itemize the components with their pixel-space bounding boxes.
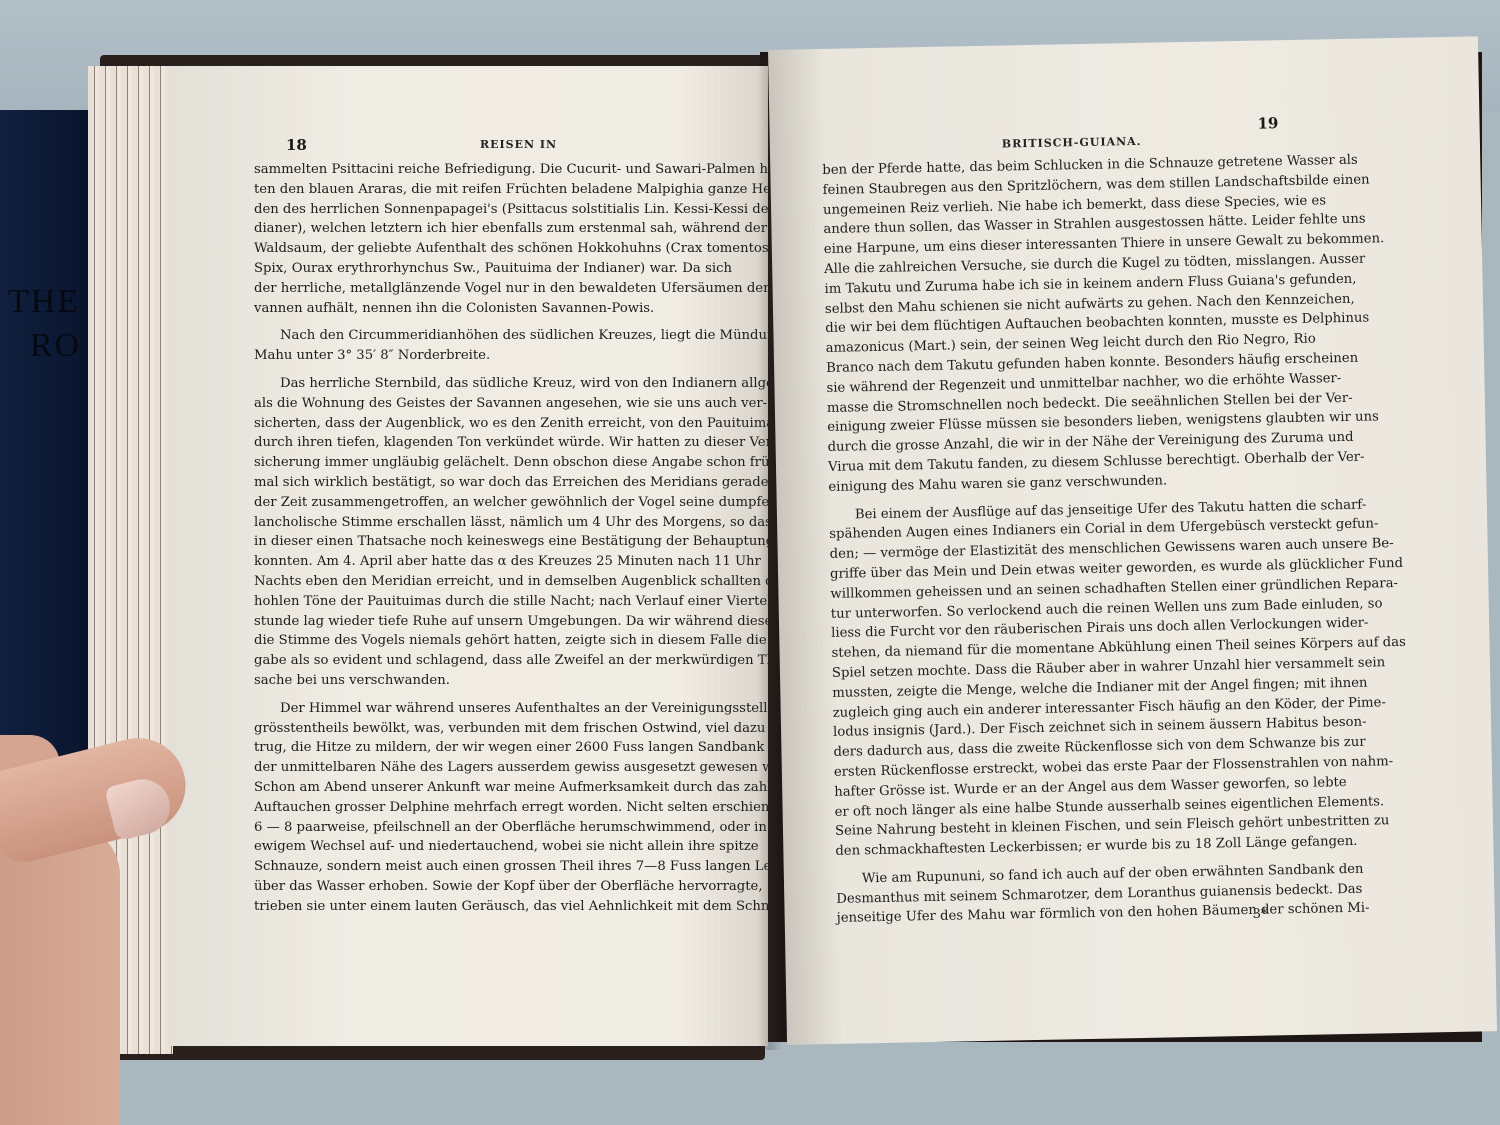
text-line: grösstentheils bewölkt, was, verbunden m…	[254, 719, 732, 739]
blue-book-title-line-2: RO	[8, 324, 81, 368]
text-line: in dieser einen Thatsache noch keinesweg…	[254, 532, 732, 552]
text-line: Das herrliche Sternbild, das südliche Kr…	[254, 374, 732, 394]
paragraph: sammelten Psittacini reiche Befriedigung…	[254, 160, 732, 318]
text-line: Schon am Abend unserer Ankunft war meine…	[254, 778, 732, 798]
text-line: mal sich wirklich bestätigt, so war doch…	[254, 473, 732, 493]
right-page-text: ben der Pferde hatte, das beim Schlucken…	[822, 152, 1299, 937]
hand-holding-book	[0, 735, 195, 1125]
left-page-text: sammelten Psittacini reiche Befriedigung…	[254, 160, 732, 924]
right-running-head: BRITISCH-GUIANA.	[1002, 135, 1142, 151]
text-line: durch ihren tiefen, klagenden Ton verkün…	[254, 433, 732, 453]
text-line: Waldsaum, der geliebte Aufenthalt des sc…	[254, 239, 732, 259]
text-line: gabe als so evident und schlagend, dass …	[254, 651, 732, 671]
text-line: dianer), welchen letztern ich hier ebenf…	[254, 219, 732, 239]
text-line: Nach den Circummeridianhöhen des südlich…	[254, 326, 732, 346]
text-line: sicherung immer ungläubig gelächelt. Den…	[254, 453, 732, 473]
text-line: als die Wohnung des Geistes der Savannen…	[254, 394, 732, 414]
text-line: Schnauze, sondern meist auch einen gross…	[254, 857, 732, 877]
text-line: der Zeit zusammengetroffen, an welcher g…	[254, 493, 732, 513]
text-line: Auftauchen grosser Delphine mehrfach err…	[254, 798, 732, 818]
text-line: Der Himmel war während unseres Aufenthal…	[254, 699, 732, 719]
text-line: ten den blauen Araras, die mit reifen Fr…	[254, 180, 732, 200]
text-line: über das Wasser erhoben. Sowie der Kopf …	[254, 877, 732, 897]
blue-book-title-line-1: THE	[8, 280, 81, 324]
text-line: Mahu unter 3° 35′ 8″ Norderbreite.	[254, 346, 732, 366]
signature-mark: 3*	[1253, 907, 1268, 922]
text-line: sammelten Psittacini reiche Befriedigung…	[254, 160, 732, 180]
left-page: 18 REISEN IN sammelten Psittacini reiche…	[168, 66, 768, 1046]
text-line: 6 — 8 paarweise, pfeilschnell an der Obe…	[254, 818, 732, 838]
text-line: trieben sie unter einem lauten Geräusch,…	[254, 897, 732, 917]
text-line: sicherten, dass der Augenblick, wo es de…	[254, 414, 732, 434]
text-line: stunde lag wieder tiefe Ruhe auf unsern …	[254, 612, 732, 632]
paragraph: Der Himmel war während unseres Aufenthal…	[254, 699, 732, 917]
text-line: der unmittelbaren Nähe des Lagers ausser…	[254, 758, 732, 778]
right-page-number: 19	[1257, 114, 1278, 132]
text-line: Spix, Ourax erythrorhynchus Sw., Pauitui…	[254, 259, 732, 279]
blue-book-title: THE RO	[8, 280, 81, 368]
text-line: konnten. Am 4. April aber hatte das α de…	[254, 552, 732, 572]
text-line: hohlen Töne der Pauituimas durch die sti…	[254, 592, 732, 612]
text-line: sache bei uns verschwanden.	[254, 671, 732, 691]
paragraph: Das herrliche Sternbild, das südliche Kr…	[254, 374, 732, 691]
paragraph: Bei einem der Ausflüge auf das jenseitig…	[829, 497, 1298, 862]
right-page: 19 BRITISCH-GUIANA. ben der Pferde hatte…	[768, 36, 1497, 1044]
text-line: lancholische Stimme erschallen lässt, nä…	[254, 513, 732, 533]
left-running-head: REISEN IN	[480, 138, 557, 151]
text-line: den des herrlichen Sonnenpapagei's (Psit…	[254, 200, 732, 220]
text-line: der herrliche, metallglänzende Vogel nur…	[254, 279, 732, 299]
text-line: trug, die Hitze zu mildern, der wir wege…	[254, 738, 732, 758]
paragraph: ben der Pferde hatte, das beim Schlucken…	[822, 152, 1290, 497]
palm	[0, 825, 120, 1125]
paragraph: Nach den Circummeridianhöhen des südlich…	[254, 326, 732, 366]
left-page-number: 18	[286, 136, 307, 154]
paragraph: Wie am Rupununi, so fand ich auch auf de…	[836, 861, 1299, 929]
text-line: Nachts eben den Meridian erreicht, und i…	[254, 572, 732, 592]
text-line: die Stimme des Vogels niemals gehört hat…	[254, 631, 732, 651]
text-line: ewigem Wechsel auf- und niedertauchend, …	[254, 837, 732, 857]
text-line: vannen aufhält, nennen ihn die Coloniste…	[254, 299, 732, 319]
